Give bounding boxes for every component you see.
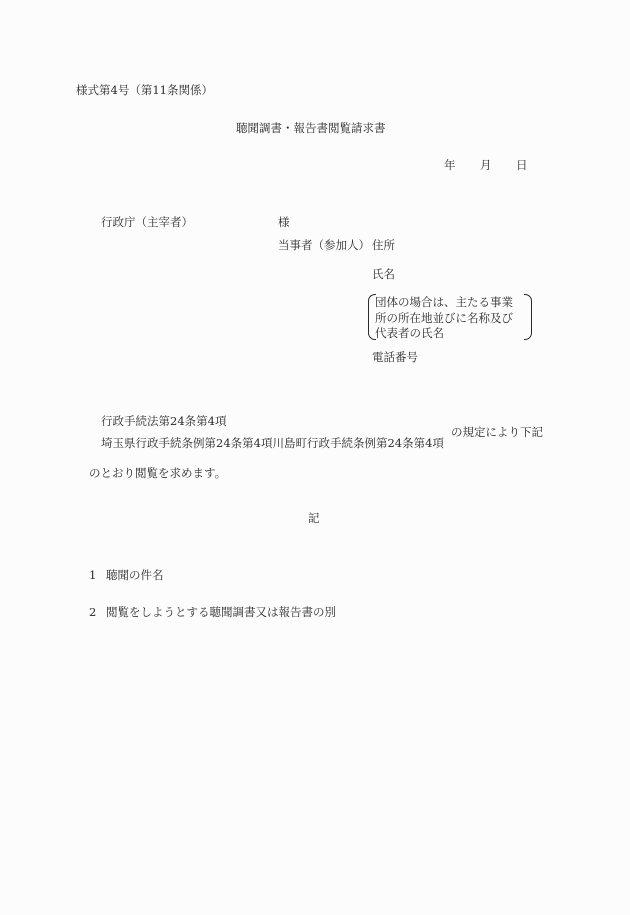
right-bracket-icon — [524, 294, 532, 340]
date-month-label: 月 — [480, 160, 492, 172]
form-number: 様式第4号（第11条関係） — [76, 85, 213, 97]
honorific: 様 — [278, 217, 290, 229]
item-label: 閲覧をしようとする聴聞調書又は報告書の別 — [106, 607, 336, 619]
law-tail: の規定により下記 — [451, 427, 543, 439]
addressee-label: 行政庁（主宰者） — [101, 217, 193, 229]
law-option-1: 行政手続法第24条第4項 — [101, 416, 226, 428]
date-year-label: 年 — [444, 160, 456, 172]
item-number: 1 — [89, 570, 96, 582]
law-option-2: 埼玉県行政手続条例第24条第4項川島町行政手続条例第24条第4項 — [101, 438, 444, 450]
item-number: 2 — [89, 607, 96, 619]
name-label: 氏名 — [372, 269, 395, 281]
group-note: 団体の場合は、主たる事業 所の所在地並びに名称及び 代表者の氏名 — [366, 293, 534, 341]
group-note-line: 代表者の氏名 — [375, 326, 513, 342]
group-note-text: 団体の場合は、主たる事業 所の所在地並びに名称及び 代表者の氏名 — [375, 295, 513, 342]
document-title: 聴聞調書・報告書閲覧請求書 — [236, 123, 386, 135]
request-continuation: のとおり閲覧を求めます。 — [89, 468, 226, 480]
address-label: 住所 — [372, 240, 395, 252]
date-day-label: 日 — [516, 160, 528, 172]
group-note-line: 所の所在地並びに名称及び — [375, 311, 513, 327]
record-heading: 記 — [308, 513, 320, 525]
phone-label: 電話番号 — [372, 352, 418, 364]
group-note-line: 団体の場合は、主たる事業 — [375, 295, 513, 311]
party-label: 当事者（参加人） — [278, 240, 370, 252]
item-label: 聴聞の件名 — [106, 570, 164, 582]
